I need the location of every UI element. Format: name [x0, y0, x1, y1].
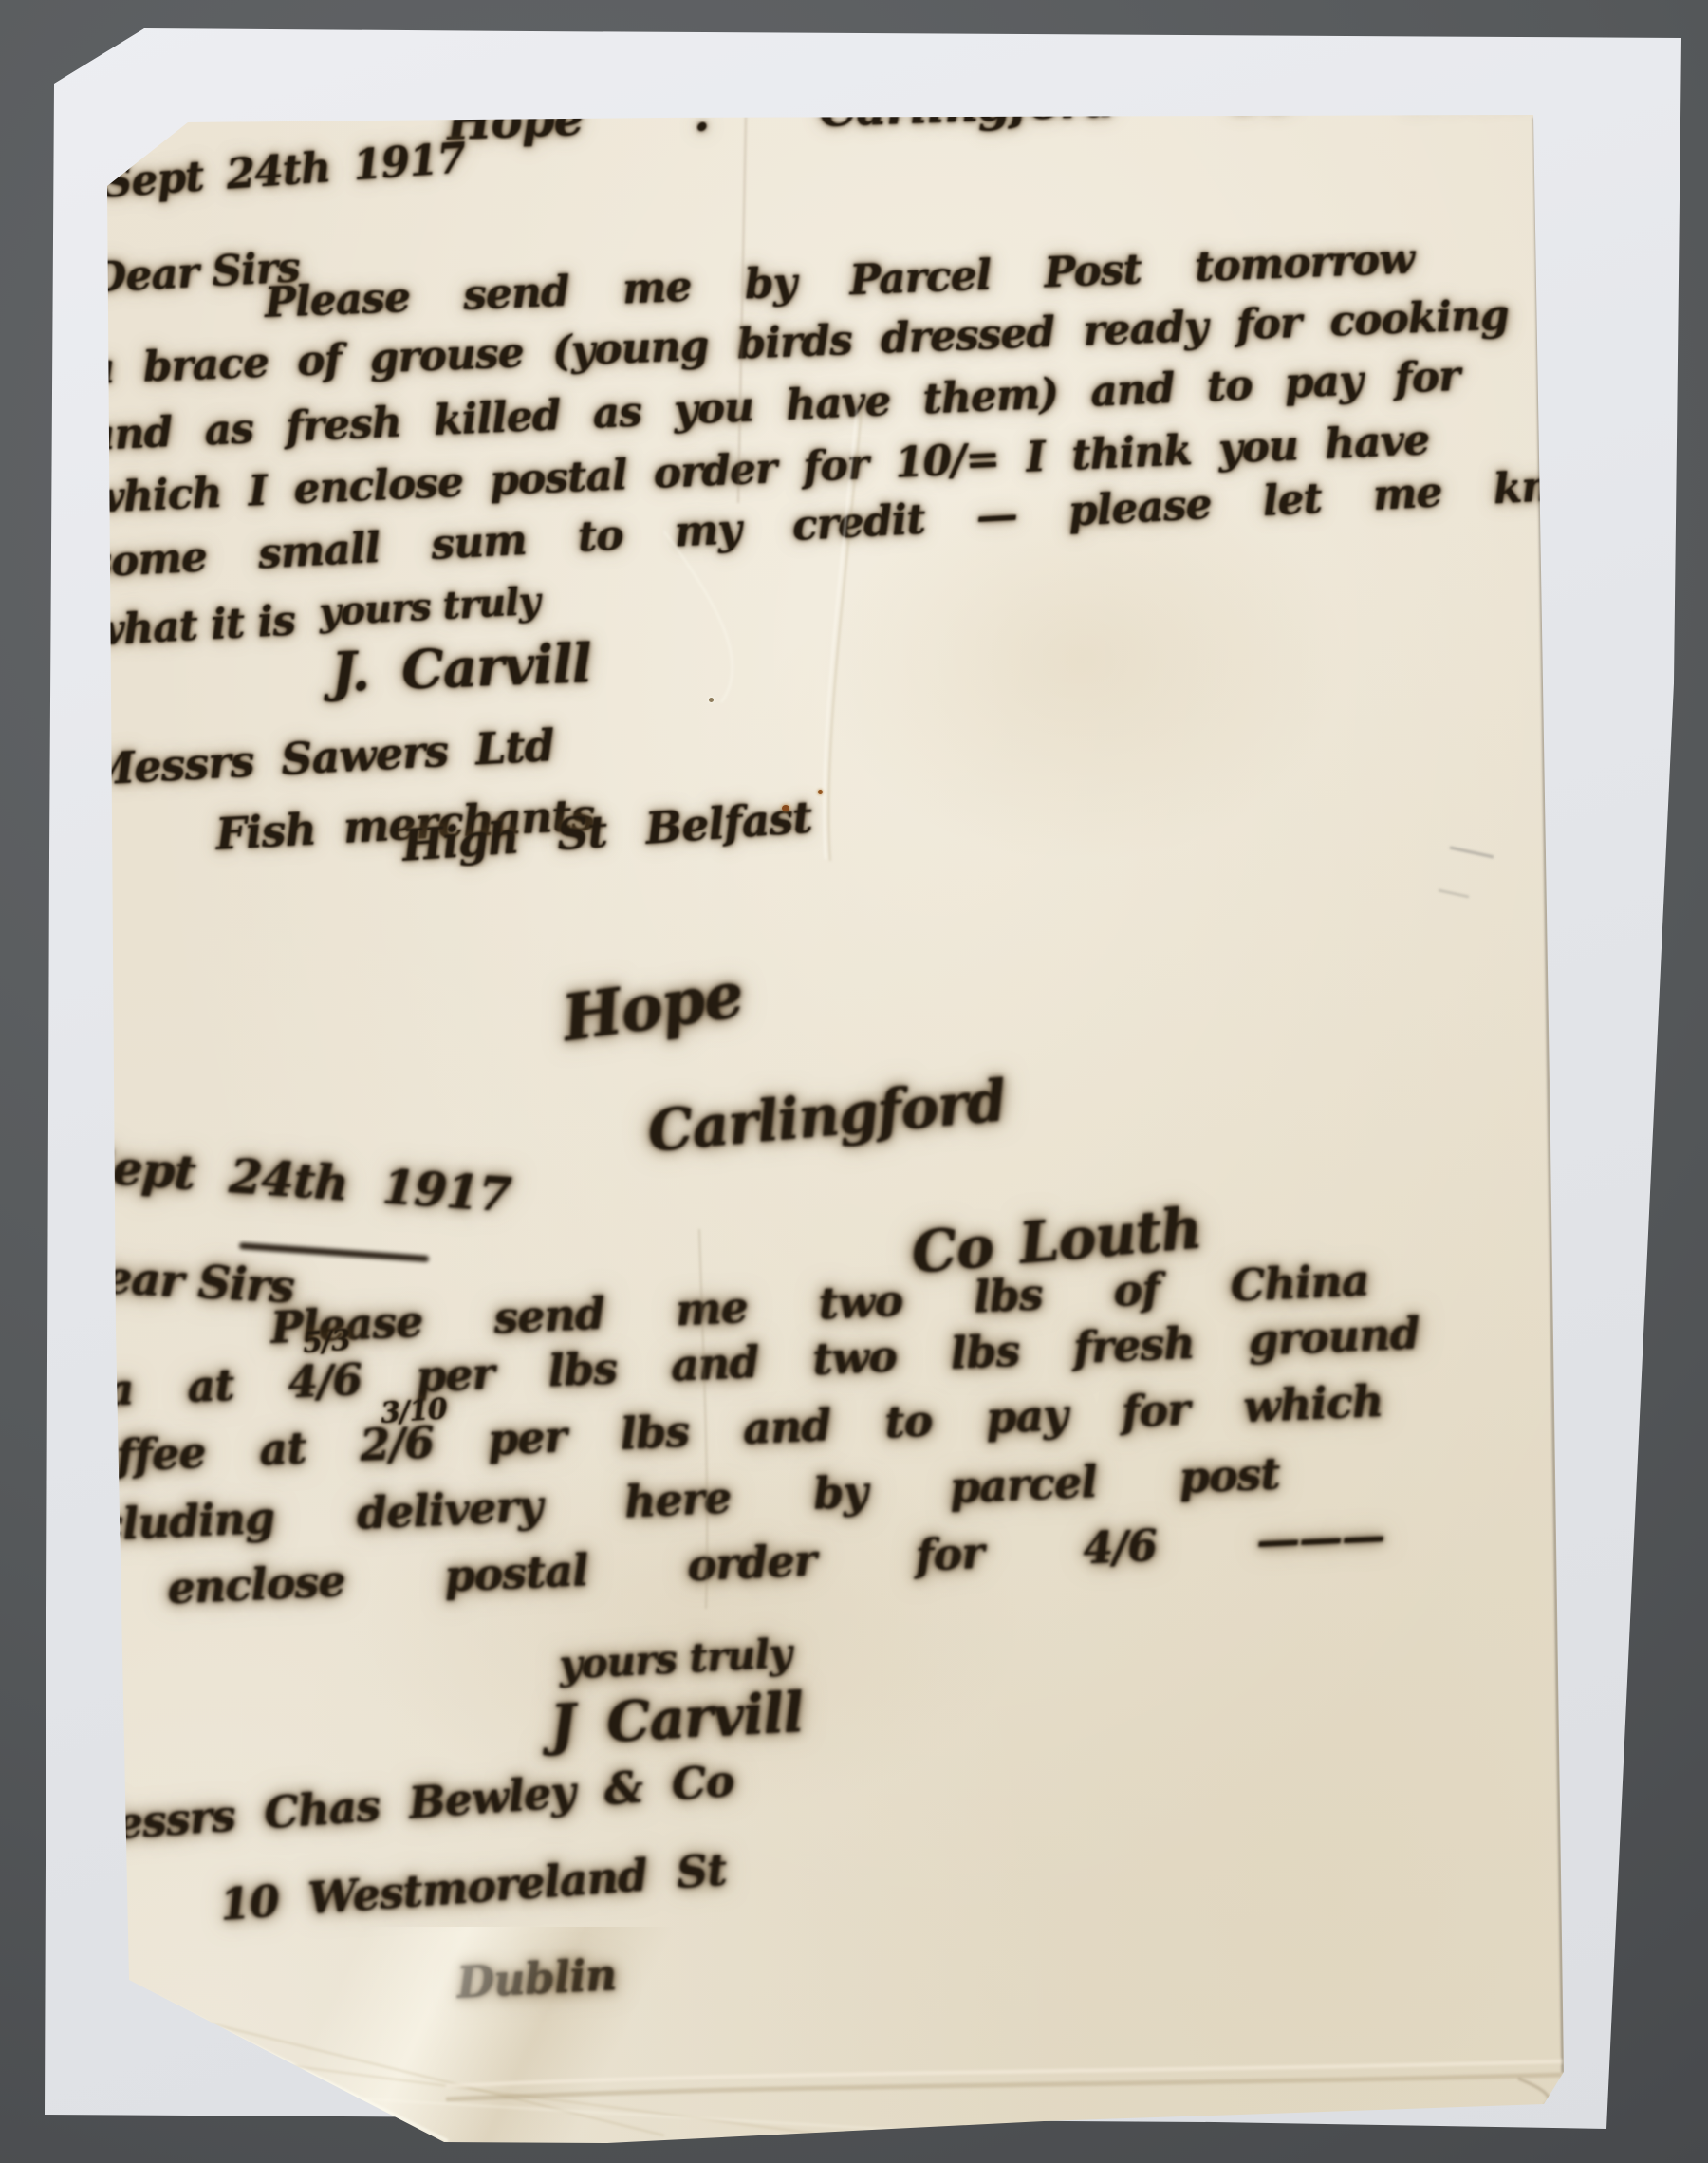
letter1-body-line: what it is — [87, 597, 296, 656]
letter2-addressee-line: Dublin — [455, 1949, 618, 2008]
letter-sheet: Hope . Carlingford Co Louth Sept 24th 19… — [0, 0, 1708, 2163]
letter2-heading-line: Hope — [558, 957, 748, 1055]
letter2-heading-line: Carlingford — [645, 1068, 1008, 1165]
pin-hole — [709, 698, 714, 702]
letter1-closing: yours truly — [318, 579, 541, 635]
letter2-price-correction: 5/3 — [302, 1324, 351, 1360]
letter1-signature: J. Carvill — [330, 632, 592, 704]
letter2-date: Sept 24th 1917 — [78, 1137, 512, 1223]
letter2-closing: yours truly — [558, 1630, 792, 1688]
rust-spot — [782, 805, 789, 811]
letter2-signature: J Carvill — [548, 1680, 805, 1758]
letter2-addressee-line: Messrs Chas Bewley & Co — [66, 1755, 735, 1853]
letter2-price-correction: 3/10 — [380, 1392, 448, 1430]
letter2-addressee-line: 10 Westmoreland St — [218, 1844, 728, 1930]
letter1-addressee-line: Messrs Sawers Ltd — [85, 719, 555, 795]
rust-spot — [818, 790, 823, 794]
photo-background: Hope . Carlingford Co Louth Sept 24th 19… — [0, 0, 1708, 2163]
